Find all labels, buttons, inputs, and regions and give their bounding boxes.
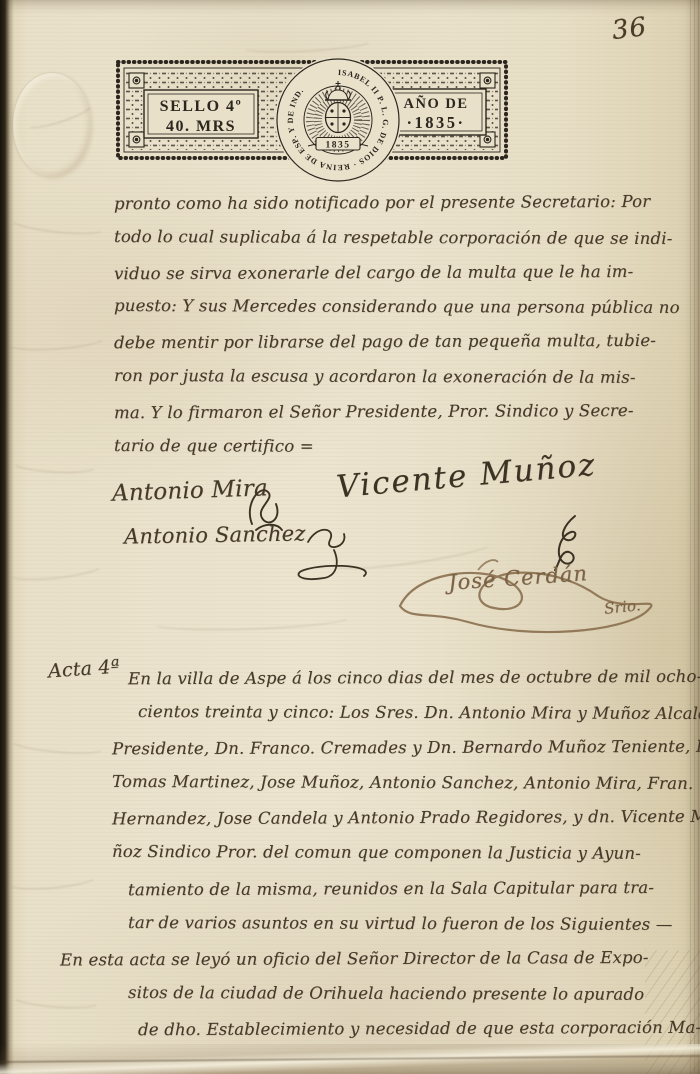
text-line: viduo se sirva exonerarle del cargo de l… (114, 254, 680, 291)
signature-antonio-sanchez: Antonio Sanchez (124, 521, 306, 548)
text-line: pronto como ha sido notificado por el pr… (114, 185, 680, 222)
binding-edge (0, 0, 14, 1074)
text-line: debe mentir por librarse del pago de tan… (114, 324, 680, 361)
text-line: En la villa de Aspe á los cinco dias del… (112, 659, 700, 697)
text-line: ron por justa la escusa y acordaron la e… (114, 359, 680, 396)
bleed-through-mark (9, 987, 102, 1011)
margin-note-acta: Acta 4ª (47, 656, 120, 683)
text-line: Hernandez, Jose Candela y Antonio Prado … (112, 799, 700, 837)
revenue-stamp: SELLO 4º 40. MRS AÑO DE ·1835· ISABEL II… (110, 50, 514, 190)
seal-year-banner: 1835 (308, 138, 368, 151)
signature-jose-cerdan: José Cerdán Srio. (382, 556, 682, 648)
bleed-through-mark (7, 731, 107, 758)
paragraph-acta: En la villa de Aspe á los cinco dias del… (112, 660, 700, 1046)
bleed-through-mark (150, 606, 355, 633)
text-line: sitos de la ciudad de Orihuela haciendo … (112, 975, 700, 1012)
text-line: puesto: Y sus Mercedes considerando que … (114, 289, 680, 326)
text-line: tamiento de la misma, reunidos en la Sal… (112, 869, 700, 907)
manuscript-page-scan: 36 SELLO 4º (0, 0, 700, 1074)
stamp-left-box: SELLO 4º 40. MRS (144, 90, 258, 138)
text-line: Tomas Martinez, Jose Muñoz, Antonio Sanc… (112, 764, 700, 801)
stamp-left-line2: 40. MRS (166, 118, 236, 135)
paragraph-exoneration: pronto como ha sido notificado por el pr… (114, 186, 680, 464)
text-line: ñoz Sindico Pror. del comun que componen… (112, 834, 700, 871)
sanchez-rubric-icon (290, 520, 390, 590)
signature-name: Antonio Sanchez (124, 521, 306, 548)
text-line: Presidente, Dn. Franco. Cremades y Dn. B… (112, 729, 700, 767)
text-line: de dho. Establecimiento y necesidad de q… (112, 1010, 700, 1048)
text-line: ma. Y lo firmaron el Señor Presidente, P… (114, 394, 680, 431)
text-line: todo lo cual suplicaba á la respetable c… (114, 220, 680, 257)
bleed-through-mark (3, 326, 108, 353)
shield-icon (326, 103, 351, 133)
secretary-abbreviation: Srio. (603, 596, 641, 618)
text-line: tar de varios asuntos en su virtud lo fu… (112, 905, 700, 942)
royal-seal: ISABEL II P. L. G. DE DIOS · REINA DE ES… (275, 57, 401, 183)
stamp-left-line1: SELLO 4º (160, 98, 243, 115)
bleed-through-mark (10, 453, 100, 476)
bleed-through-mark (4, 866, 99, 893)
bleed-through-mark (7, 210, 107, 238)
text-line: En esta acta se leyó un oficio del Señor… (60, 939, 700, 977)
bleed-through-mark (5, 555, 105, 584)
stamp-right-line2: ·1835· (406, 113, 465, 132)
folio-number: 36 (610, 12, 648, 46)
stamp-right-box: AÑO DE ·1835· (386, 89, 486, 135)
bottom-page-fold (0, 1044, 700, 1074)
seal-year: 1835 (326, 141, 351, 151)
text-line: cientos treinta y cinco: Los Sres. Dn. A… (112, 694, 700, 731)
stamp-right-line1: AÑO DE (404, 94, 469, 112)
